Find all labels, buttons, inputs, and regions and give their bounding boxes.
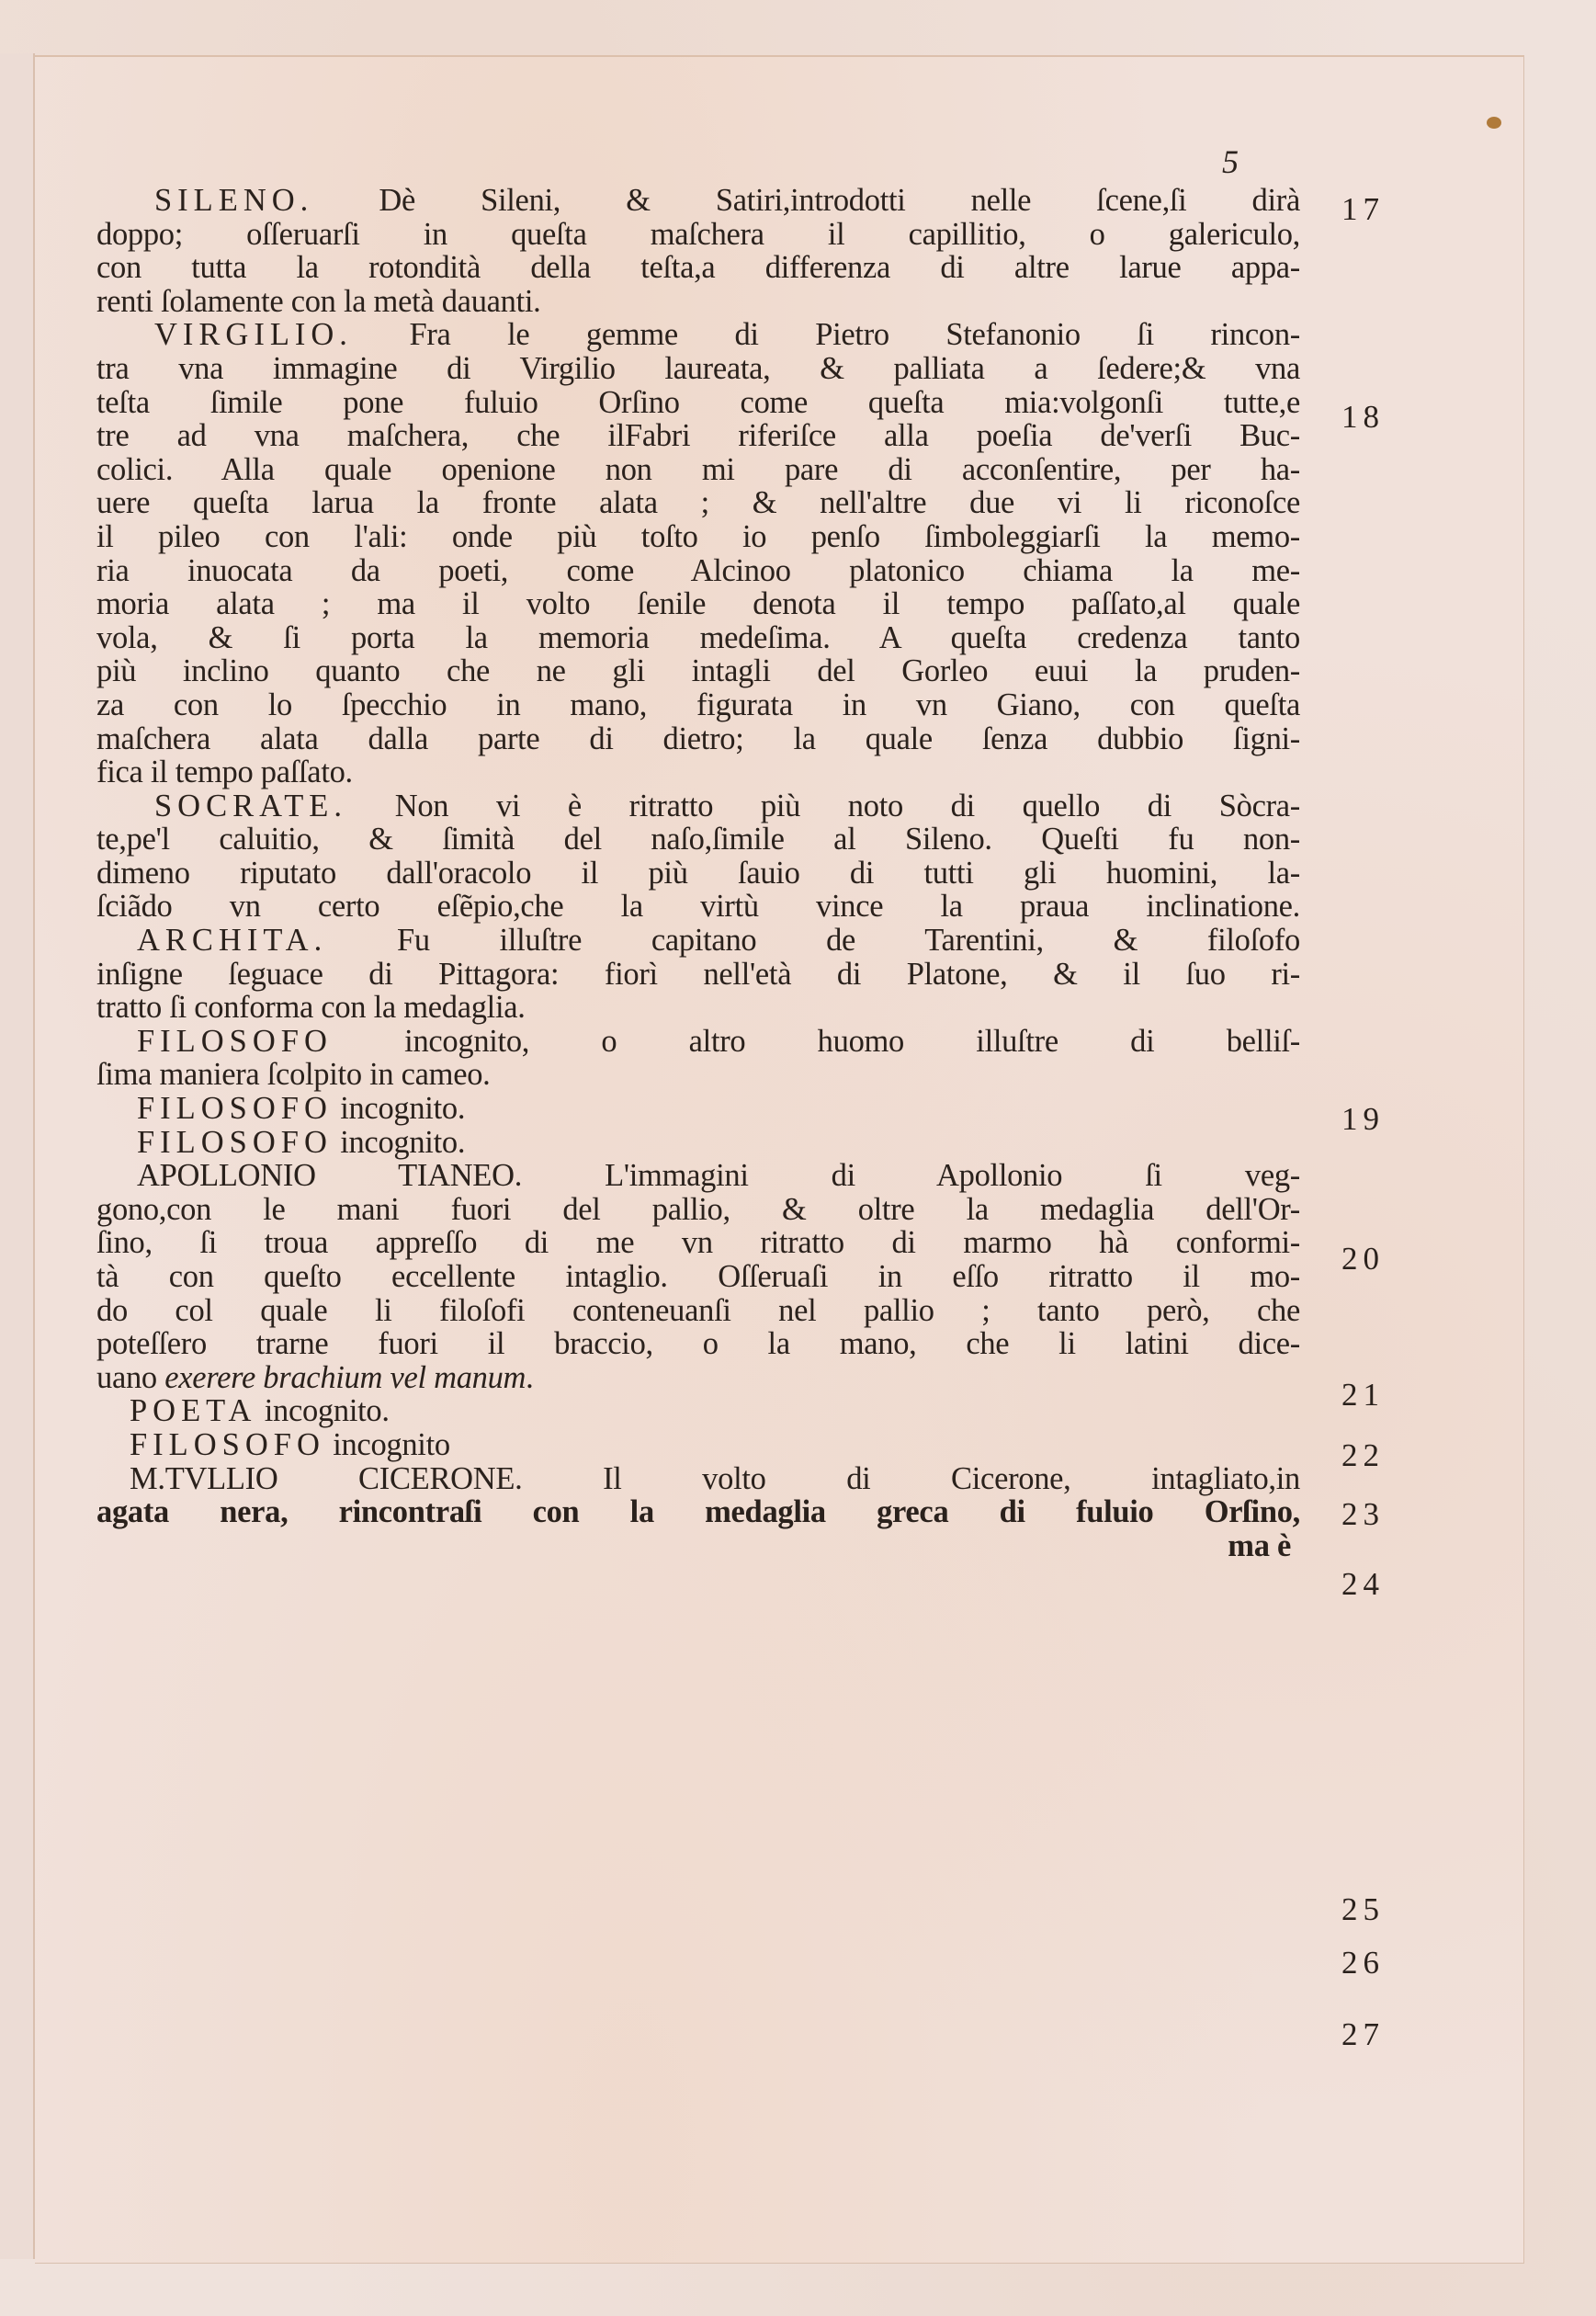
text-line: SILENO. Dè Sileni, & Satiri,introdotti n… <box>96 184 1300 218</box>
text-line: più inclino quanto che ne gli intagli de… <box>96 654 1300 688</box>
entry-heading: APOLLONIO TIANEO. <box>137 1158 522 1193</box>
text-line: tra vna immagine di Virgilio laureata, &… <box>96 352 1300 386</box>
text-line: inſigne ſeguace di Pittagora: fiorì nell… <box>96 958 1300 992</box>
text-line: FILOSOFO incognito <box>96 1428 1300 1462</box>
text-line: tre ad vna maſchera, che ilFabri riferiſ… <box>96 419 1300 453</box>
text-line: do col quale li filoſofi conteneuanſi ne… <box>96 1294 1300 1328</box>
text-line: tà con queſto eccellente intaglio. Oſſer… <box>96 1260 1300 1294</box>
entry-heading: FILOSOFO <box>137 1125 333 1160</box>
text-line: poteſſero trarne fuori il braccio, o la … <box>96 1327 1300 1361</box>
entry-number: 23 <box>1341 1498 1385 1530</box>
latin-quote: exerere brachium vel manum <box>164 1360 526 1395</box>
text-line: ria inuocata da poeti, come Alcinoo plat… <box>96 554 1300 588</box>
text-line: POETA incognito. <box>96 1394 1300 1428</box>
entry-heading: FILOSOFO <box>137 1024 333 1059</box>
catchword: ma è <box>96 1529 1300 1563</box>
entry-heading: FILOSOFO <box>137 1091 333 1126</box>
entry-number: 18 <box>1341 401 1385 433</box>
entry-number: 27 <box>1341 2018 1385 2050</box>
text-line: con tutta la rotondità della teſta,a dif… <box>96 251 1300 285</box>
entry-number: 17 <box>1341 193 1385 225</box>
text-line: FILOSOFO incognito, o altro huomo illuſt… <box>96 1025 1300 1059</box>
text-line: VIRGILIO. Fra le gemme di Pietro Stefano… <box>96 318 1300 352</box>
main-text: SILENO. Dè Sileni, & Satiri,introdotti n… <box>96 184 1300 1562</box>
entry-heading: POETA <box>130 1393 256 1428</box>
page-number: 5 <box>1222 145 1239 178</box>
entry-heading: ARCHITA. <box>137 923 327 958</box>
text-line: ſima maniera ſcolpito in cameo. <box>96 1058 1300 1092</box>
text-line: renti ſolamente con la metà dauanti. <box>96 285 1300 319</box>
text-line: ſino, ſi troua appreſſo di me vn ritratt… <box>96 1226 1300 1260</box>
text-line: fica il tempo paſſato. <box>96 755 1300 789</box>
entry-number: 25 <box>1341 1893 1385 1925</box>
entry-number: 21 <box>1341 1379 1385 1411</box>
text-line: M.TVLLIO CICERONE. Il volto di Cicerone,… <box>96 1462 1300 1496</box>
text-line: APOLLONIO TIANEO. L'immagini di Apolloni… <box>96 1159 1300 1193</box>
text-line: SOCRATE. Non vi è ritratto più noto di q… <box>96 789 1300 823</box>
text-line: FILOSOFO incognito. <box>96 1092 1300 1126</box>
text-line: ſciãdo vn certo eſẽpio,che la virtù vinc… <box>96 890 1300 924</box>
text-line: tratto ſi conforma con la medaglia. <box>96 991 1300 1025</box>
entry-heading: SOCRATE. <box>154 789 347 823</box>
text-line: colici. Alla quale openione non mi pare … <box>96 453 1300 487</box>
text-line: FILOSOFO incognito. <box>96 1126 1300 1160</box>
entry-heading: SILENO. <box>154 183 313 218</box>
entry-number: 26 <box>1341 1947 1385 1979</box>
text-line: il pileo con l'ali: onde più toſto io pe… <box>96 520 1300 554</box>
text-line: uano exerere brachium vel manum. <box>96 1361 1300 1395</box>
text-line: uere queſta larua la fronte alata ; & ne… <box>96 486 1300 520</box>
text-line: teſta ſimile pone fuluio Orſino come que… <box>96 386 1300 420</box>
entry-heading: FILOSOFO <box>130 1427 325 1462</box>
text-line: maſchera alata dalla parte di dietro; la… <box>96 722 1300 756</box>
entry-number: 24 <box>1341 1568 1385 1600</box>
text-line: za con lo ſpecchio in mano, figurata in … <box>96 688 1300 722</box>
text-line: vola, & ſi porta la memoria medeſima. A … <box>96 621 1300 655</box>
text-line: moria alata ; ma il volto ſenile denota … <box>96 587 1300 621</box>
text-line: gono,con le mani fuori del pallio, & olt… <box>96 1193 1300 1227</box>
entry-heading: M.TVLLIO CICERONE. <box>130 1461 522 1496</box>
entry-heading: VIRGILIO. <box>154 317 353 352</box>
text-line: dimeno riputato dall'oracolo il più ſaui… <box>96 857 1300 891</box>
text-line: agata nera, rincontraſi con la medaglia … <box>96 1495 1300 1529</box>
entry-number: 19 <box>1341 1103 1385 1135</box>
text-line: ARCHITA. Fu illuſtre capitano de Tarenti… <box>96 924 1300 958</box>
text-line: te,pe'l caluitio, & ſimità del naſo,ſimi… <box>96 823 1300 857</box>
entry-number: 22 <box>1341 1439 1385 1471</box>
entry-number: 20 <box>1341 1243 1385 1275</box>
text-line: doppo; oſſeruarſi in queſta maſchera il … <box>96 218 1300 252</box>
facing-page-edge <box>0 53 35 2259</box>
foxing-stain <box>1487 117 1501 129</box>
